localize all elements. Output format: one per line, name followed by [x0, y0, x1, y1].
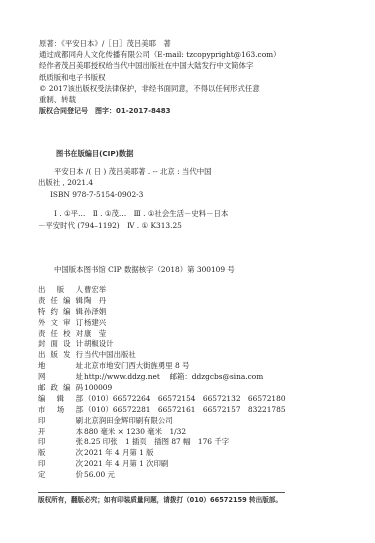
- copyright-notice: 原著：《平安日本》/［日］茂吕美耶 著 通过成都同舟人文化传播有限公司（E-ma…: [39, 38, 281, 105]
- info-row: 特约编辑孙泽娟: [38, 307, 286, 318]
- cip-title: 图书在版编目(CIP)数据: [56, 149, 133, 159]
- info-label-char: 版: [38, 448, 45, 459]
- info-row: 责任校对康 莹: [38, 329, 286, 340]
- cip-line: 平安日本 /( 日 ) 茂吕美耶著 . -- 北京 : 当代中国: [38, 166, 228, 177]
- info-label: 网址: [38, 372, 83, 383]
- info-label-char: 次: [76, 448, 83, 459]
- info-label: 封面设计: [38, 339, 83, 350]
- info-label: 责任编辑: [38, 296, 83, 307]
- info-label-char: 政: [51, 383, 58, 394]
- cip-number: 中国版本图书馆 CIP 数据核字（2018）第 300109 号: [54, 264, 235, 275]
- info-label-char: 面: [51, 339, 58, 350]
- rights-footer: 版权所有，翻版必究；如有印装质量问题，请拨打（010）66572159 转出版部…: [38, 494, 282, 504]
- info-label-char: 本: [76, 427, 83, 438]
- info-label-char: 辑: [76, 296, 83, 307]
- info-label: 外文审订: [38, 318, 83, 329]
- info-label: 出版发行: [38, 350, 83, 361]
- info-value: 陶 丹: [84, 296, 106, 307]
- copyright-line: 重制、转载: [39, 94, 281, 105]
- info-label: 邮政编码: [38, 383, 83, 394]
- info-label-char: 出: [38, 285, 45, 296]
- info-label-char: 版: [57, 285, 64, 296]
- info-label-char: 外: [38, 318, 45, 329]
- info-label-char: 部: [76, 394, 83, 405]
- info-label-char: 版: [51, 350, 58, 361]
- info-label-char: 封: [38, 339, 45, 350]
- info-label-char: 特: [38, 307, 45, 318]
- info-label-char: 印: [38, 416, 45, 427]
- info-row: 封面设计胡椒设计: [38, 339, 286, 350]
- publication-info: 出版人曹宏举责任编辑陶 丹特约编辑孙泽娟外文审订杨建兴责任校对康 莹封面设计胡椒…: [38, 285, 286, 481]
- info-label-char: 次: [76, 459, 83, 470]
- info-label: 印次: [38, 459, 83, 470]
- info-row: 定价56.00 元: [38, 470, 286, 481]
- info-label-char: 地: [38, 361, 45, 372]
- info-value: 2021 年 4 月第 1 次印刷: [84, 459, 168, 470]
- cip-line: Ⅰ . ①平… Ⅱ . ①茂… Ⅲ . ①社会生活－史料－日本: [38, 208, 228, 219]
- info-label-char: 设: [63, 339, 70, 350]
- info-label-char: 任: [51, 296, 58, 307]
- info-label: 编辑部: [38, 394, 83, 405]
- info-label-char: 辑: [76, 307, 83, 318]
- info-label-char: 开: [38, 427, 45, 438]
- info-label: 定价: [38, 470, 83, 481]
- info-label-char: 部: [76, 405, 83, 416]
- info-label-char: 编: [38, 394, 45, 405]
- info-row: 网址http://www.ddzg.net 邮箱：ddzgcbs@sina.co…: [38, 372, 286, 383]
- info-label-char: 编: [63, 296, 70, 307]
- info-label-char: 刷: [76, 416, 83, 427]
- info-label: 特约编辑: [38, 307, 83, 318]
- info-label-char: 责: [38, 329, 45, 340]
- info-row: 印次2021 年 4 月第 1 次印刷: [38, 459, 286, 470]
- info-label-char: 校: [63, 329, 70, 340]
- copyright-line: © 2017该出版权受法律保护，非经书面同意，不得以任何形式任意: [39, 83, 281, 94]
- info-label-char: 场: [57, 405, 64, 416]
- info-value: 孙泽娟: [84, 307, 106, 318]
- info-label-char: 址: [76, 361, 83, 372]
- info-value: 北京市地安门西大街旌勇里 8 号: [84, 361, 189, 372]
- info-label: 印刷: [38, 416, 83, 427]
- cip-line: ISBN 978-7-5154-0902-3: [38, 189, 228, 200]
- info-value: 胡椒设计: [84, 339, 114, 350]
- info-value: 100009: [84, 383, 112, 394]
- info-label-char: 对: [76, 329, 83, 340]
- info-label-char: 网: [38, 372, 45, 383]
- info-value: 当代中国出版社: [84, 350, 136, 361]
- info-label-char: 约: [51, 307, 58, 318]
- copyright-line: 经作者茂吕美耶授权给当代中国出版社在中国大陆发行中文简体字: [39, 60, 281, 71]
- info-label: 市场部: [38, 405, 83, 416]
- info-label: 地址: [38, 361, 83, 372]
- info-label-char: 人: [76, 285, 83, 296]
- info-value: 8.25 印张 1 插页 插图 87 幅 176 千字: [84, 437, 229, 448]
- info-row: 开本880 毫米 × 1230 毫米 1/32: [38, 427, 286, 438]
- info-label: 责任校对: [38, 329, 83, 340]
- info-row: 印张8.25 印张 1 插页 插图 87 幅 176 千字: [38, 437, 286, 448]
- info-label: 开本: [38, 427, 83, 438]
- info-row: 印刷北京润田金辉印刷有限公司: [38, 416, 286, 427]
- copyright-line: 原著：《平安日本》/［日］茂吕美耶 著: [39, 38, 281, 49]
- divider: [38, 492, 285, 493]
- info-value: （010）66572264 66572154 66572132 66572180: [84, 394, 286, 405]
- info-label-char: 址: [76, 372, 83, 383]
- info-label-char: 辑: [57, 394, 64, 405]
- info-label-char: 码: [76, 383, 83, 394]
- info-label-char: 张: [76, 437, 83, 448]
- copyright-registration: 版权合同登记号 图字：01-2017-8483: [39, 106, 171, 116]
- info-row: 出版发行当代中国出版社: [38, 350, 286, 361]
- info-label-char: 订: [76, 318, 83, 329]
- info-label-char: 责: [38, 296, 45, 307]
- cip-line: 出版社 , 2021.4: [38, 177, 228, 188]
- info-label: 版次: [38, 448, 83, 459]
- cip-spacer: [38, 200, 228, 208]
- info-value: 880 毫米 × 1230 毫米 1/32: [84, 427, 186, 438]
- info-label-char: 审: [63, 318, 70, 329]
- info-value: （010）66572281 66572161 66572157 83221785: [84, 405, 286, 416]
- info-row: 出版人曹宏举: [38, 285, 286, 296]
- info-label-char: 编: [63, 383, 70, 394]
- info-value: http://www.ddzg.net 邮箱：ddzgcbs@sina.com: [84, 372, 263, 383]
- info-value: 北京润田金辉印刷有限公司: [84, 416, 173, 427]
- info-label-char: 文: [51, 318, 58, 329]
- copyright-line: 纸质版和电子书版权: [39, 72, 281, 83]
- info-label-char: 任: [51, 329, 58, 340]
- info-label: 印张: [38, 437, 83, 448]
- info-label-char: 价: [76, 470, 83, 481]
- info-row: 市场部（010）66572281 66572161 66572157 83221…: [38, 405, 286, 416]
- cip-data: 平安日本 /( 日 ) 茂吕美耶著 . -- 北京 : 当代中国 出版社 , 2…: [38, 166, 228, 231]
- info-row: 责任编辑陶 丹: [38, 296, 286, 307]
- info-row: 版次2021 年 4 月第 1 版: [38, 448, 286, 459]
- info-label-char: 发: [63, 350, 70, 361]
- info-label-char: 定: [38, 470, 45, 481]
- info-label-char: 印: [38, 459, 45, 470]
- info-row: 地址北京市地安门西大街旌勇里 8 号: [38, 361, 286, 372]
- info-label-char: 出: [38, 350, 45, 361]
- info-label-char: 计: [76, 339, 83, 350]
- info-value: 2021 年 4 月第 1 版: [84, 448, 154, 459]
- info-label-char: 邮: [38, 383, 45, 394]
- info-value: 康 莹: [84, 329, 106, 340]
- info-label-char: 编: [63, 307, 70, 318]
- info-label-char: 印: [38, 437, 45, 448]
- info-label-char: 行: [76, 350, 83, 361]
- info-value: 杨建兴: [84, 318, 106, 329]
- info-label: 出版人: [38, 285, 83, 296]
- info-label-char: 市: [38, 405, 45, 416]
- cip-line: －平安时代 (794–1192) Ⅳ . ① K313.25: [38, 220, 228, 231]
- info-value: 曹宏举: [84, 285, 106, 296]
- copyright-line: 通过成都同舟人文化传播有限公司（E-mail: tzcopypright@163…: [39, 49, 281, 60]
- info-row: 外文审订杨建兴: [38, 318, 286, 329]
- info-row: 编辑部（010）66572264 66572154 66572132 66572…: [38, 394, 286, 405]
- info-row: 邮政编码100009: [38, 383, 286, 394]
- info-value: 56.00 元: [84, 470, 115, 481]
